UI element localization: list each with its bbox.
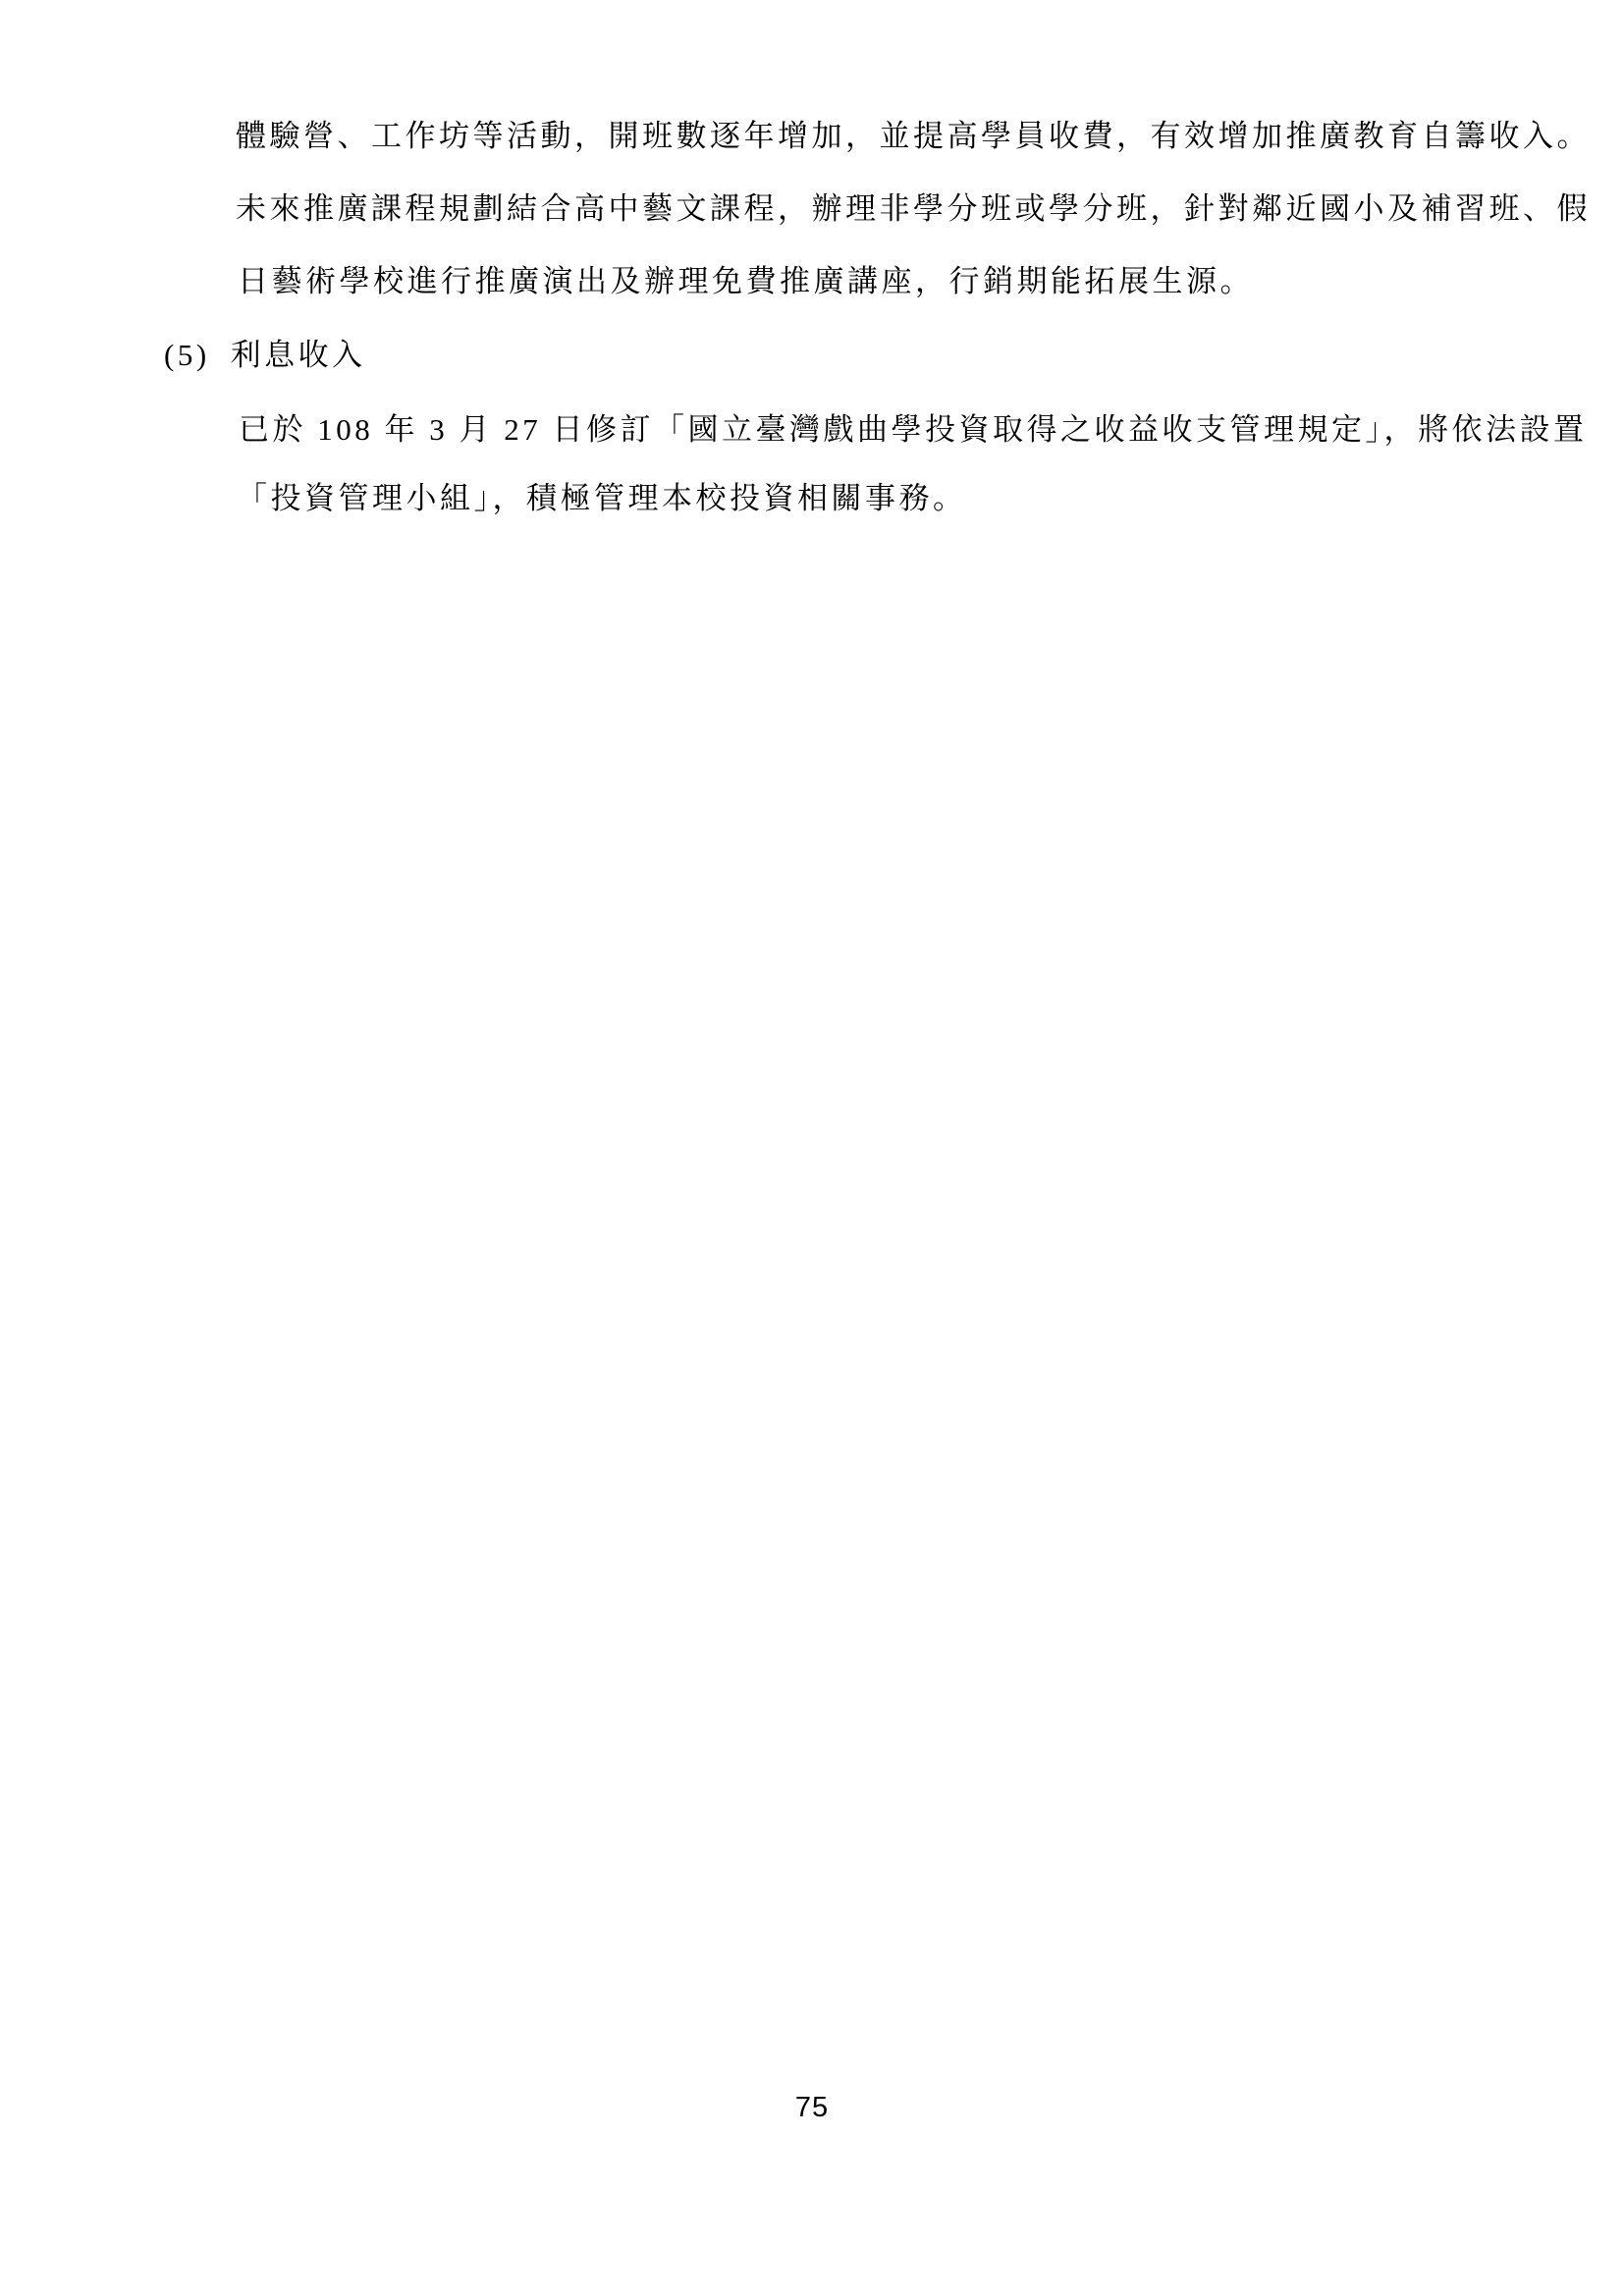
item5-heading: (5) 利息收入: [164, 340, 366, 370]
page-number: 75: [0, 2094, 1624, 2122]
item5-title: 利息收入: [231, 340, 366, 370]
paragraph-line-2: 未來推廣課程規劃結合高中藝文課程，辦理非學分班或學分班，針對鄰近國小及補習班、假: [236, 193, 1591, 224]
paragraph-line-3: 日藝術學校進行推廣演出及辦理免費推廣講座，行銷期能拓展生源。: [238, 266, 1254, 296]
item5-body-line-2: 「投資管理小組」，積極管理本校投資相關事務。: [237, 483, 967, 513]
paragraph-line-1: 體驗營、工作坊等活動，開班數逐年增加，並提高學員收費，有效增加推廣教育自籌收入。: [236, 121, 1591, 151]
document-page: 體驗營、工作坊等活動，開班數逐年增加，並提高學員收費，有效增加推廣教育自籌收入。…: [0, 0, 1624, 2296]
item5-body-line-1: 已於 108 年 3 月 27 日修訂「國立臺灣戲曲學投資取得之收益收支管理規定…: [239, 414, 1588, 445]
item5-number: (5): [164, 340, 210, 370]
